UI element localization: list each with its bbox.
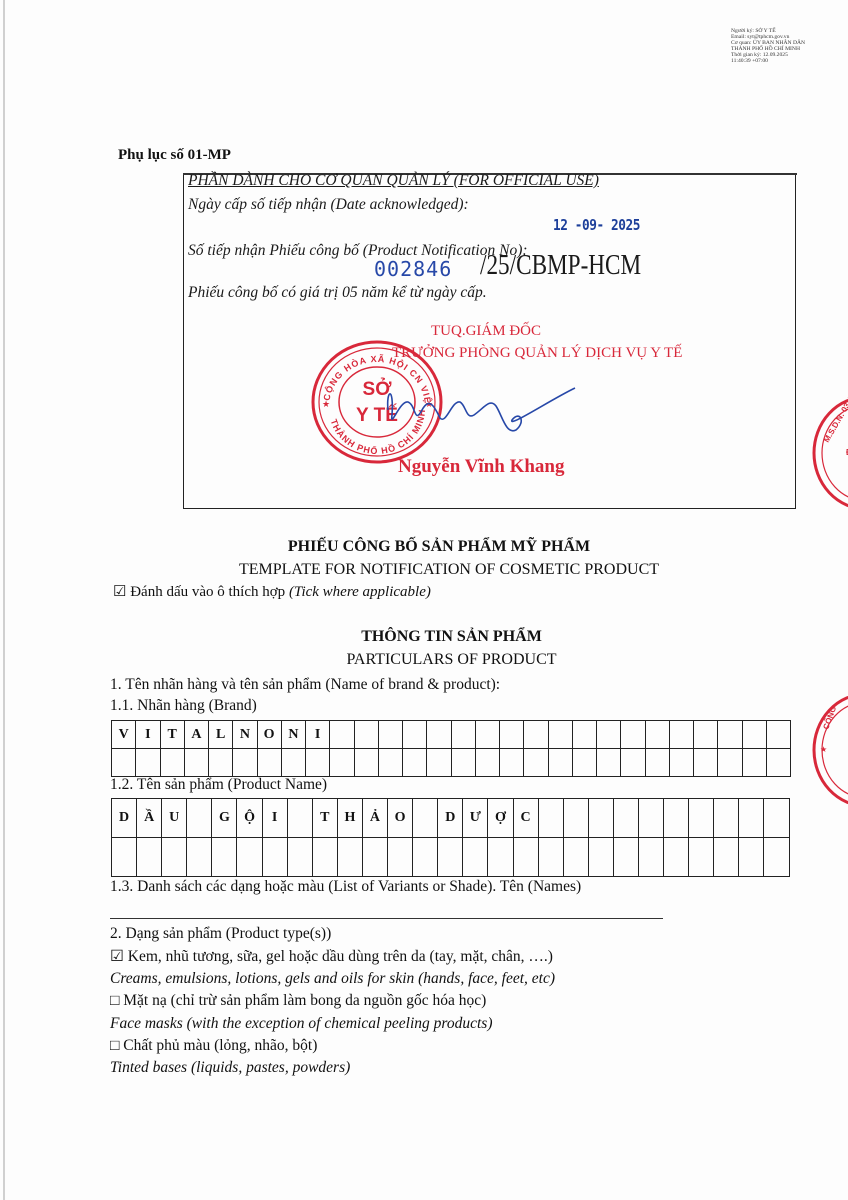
date-acknowledged-value: 12 -09- 2025	[553, 216, 640, 234]
product-type-option[interactable]: ☑ Kem, nhũ tương, sữa, gel hoặc dầu dùng…	[110, 947, 553, 966]
brand-grid-cell[interactable]: V	[112, 721, 136, 749]
checkbox-checked-icon[interactable]: ☑	[110, 948, 124, 965]
notification-number-label: Số tiếp nhận Phiếu công bố (Product Noti…	[188, 242, 528, 260]
question-1-3: 1.3. Danh sách các dạng hoặc màu (List o…	[110, 878, 581, 896]
brand-grid-cell[interactable]	[500, 749, 524, 777]
brand-grid-cell[interactable]	[306, 749, 330, 777]
checkbox-unchecked-icon[interactable]: □	[110, 992, 119, 1009]
product-grid-cell[interactable]: T	[312, 799, 337, 838]
brand-grid-cell[interactable]	[451, 721, 475, 749]
annex-label: Phụ lục số 01-MP	[118, 147, 231, 164]
brand-grid-cell[interactable]	[160, 749, 184, 777]
product-grid-cell[interactable]	[538, 838, 563, 877]
brand-grid-cell[interactable]: A	[184, 721, 208, 749]
variants-input-line[interactable]	[110, 918, 663, 919]
product-grid-cell[interactable]: O	[388, 799, 413, 838]
brand-grid-cell[interactable]	[233, 749, 257, 777]
product-grid-cell[interactable]: Ư	[463, 799, 488, 838]
brand-grid-cell[interactable]	[572, 749, 596, 777]
signer-department: TRƯỞNG PHÒNG QUẢN LÝ DỊCH VỤ Y TẾ	[392, 345, 682, 362]
tick-note-vn: Đánh dấu vào ô thích hợp	[130, 584, 285, 600]
brand-grid-cell[interactable]	[209, 749, 233, 777]
product-grid-cell[interactable]: H	[337, 799, 362, 838]
brand-grid-cell[interactable]: T	[160, 721, 184, 749]
tick-note: ☑ Đánh dấu vào ô thích hợp (Tick where a…	[113, 582, 431, 601]
product-grid-cell[interactable]	[162, 838, 187, 877]
product-type-option[interactable]: □ Chất phủ màu (lỏng, nhão, bột)	[110, 1037, 317, 1055]
brand-grid-cell[interactable]	[524, 749, 548, 777]
brand-grid-cell[interactable]	[354, 721, 378, 749]
product-grid-cell[interactable]	[739, 838, 764, 877]
product-grid-cell[interactable]	[287, 838, 312, 877]
brand-grid-cell[interactable]	[645, 749, 669, 777]
product-grid-row	[112, 838, 790, 877]
product-grid-cell[interactable]: U	[162, 799, 187, 838]
handwritten-signature-icon	[380, 380, 580, 440]
brand-grid-cell[interactable]	[572, 721, 596, 749]
product-grid-cell[interactable]	[237, 838, 262, 877]
product-grid-cell[interactable]	[664, 838, 689, 877]
product-grid-cell[interactable]	[764, 838, 789, 877]
product-type-label-vn: Mặt nạ (chỉ trừ sản phẩm làm bong da ngu…	[123, 992, 486, 1009]
product-grid-cell[interactable]	[488, 838, 513, 877]
svg-text:CÔNG: CÔNG	[821, 705, 838, 731]
brand-grid-cell[interactable]	[403, 749, 427, 777]
brand-grid-cell[interactable]: I	[136, 721, 160, 749]
product-grid-cell[interactable]	[187, 799, 212, 838]
notification-number-value: 002846	[374, 257, 452, 281]
brand-grid-cell[interactable]	[548, 721, 572, 749]
brand-grid-cell[interactable]	[427, 749, 451, 777]
brand-grid-cell[interactable]	[500, 721, 524, 749]
brand-grid-cell[interactable]	[548, 749, 572, 777]
question-1-1: 1.1. Nhãn hàng (Brand)	[110, 697, 257, 715]
product-name-grid: DẦUGỘITHẢODƯỢC	[111, 798, 790, 877]
product-grid-cell[interactable]	[438, 838, 463, 877]
brand-grid-cell[interactable]	[257, 749, 281, 777]
signer-title: TUQ.GIÁM ĐỐC	[431, 323, 541, 340]
product-grid-cell[interactable]	[262, 838, 287, 877]
product-grid-cell[interactable]	[689, 838, 714, 877]
brand-grid-cell[interactable]	[330, 749, 354, 777]
product-type-label-en: Creams, emulsions, lotions, gels and oil…	[110, 970, 555, 988]
brand-grid-cell[interactable]	[669, 721, 693, 749]
product-grid-cell[interactable]	[638, 799, 663, 838]
product-grid-cell[interactable]	[513, 838, 538, 877]
brand-grid-row: VITALNONI	[112, 721, 791, 749]
product-grid-cell[interactable]: D	[438, 799, 463, 838]
brand-grid-cell[interactable]: N	[233, 721, 257, 749]
brand-grid-cell[interactable]	[597, 749, 621, 777]
product-grid-cell[interactable]	[563, 838, 588, 877]
checkbox-unchecked-icon[interactable]: □	[110, 1037, 119, 1054]
brand-grid-cell[interactable]	[378, 749, 402, 777]
brand-grid-cell[interactable]	[742, 749, 766, 777]
product-grid-cell[interactable]	[112, 838, 137, 877]
product-type-option[interactable]: □ Mặt nạ (chỉ trừ sản phẩm làm bong da n…	[110, 992, 486, 1010]
product-grid-cell[interactable]	[714, 799, 739, 838]
brand-grid-cell[interactable]	[403, 721, 427, 749]
brand-grid-cell[interactable]	[524, 721, 548, 749]
section-title-en: PARTICULARS OF PRODUCT	[0, 651, 848, 669]
brand-grid-cell[interactable]	[694, 721, 718, 749]
brand-grid-cell[interactable]	[669, 749, 693, 777]
product-type-label-en: Tinted bases (liquids, pastes, powders)	[110, 1059, 350, 1077]
product-grid-cell[interactable]	[664, 799, 689, 838]
checkbox-checked-icon: ☑	[113, 584, 126, 600]
product-grid-cell[interactable]	[137, 838, 162, 877]
brand-grid-cell[interactable]	[742, 721, 766, 749]
product-grid-cell[interactable]	[563, 799, 588, 838]
product-grid-cell[interactable]	[714, 838, 739, 877]
product-grid-cell[interactable]	[638, 838, 663, 877]
product-grid-cell[interactable]: C	[513, 799, 538, 838]
date-acknowledged-label: Ngày cấp số tiếp nhận (Date acknowledged…	[188, 196, 469, 214]
notification-number-suffix: /25/CBMP-HCM	[480, 249, 641, 282]
brand-grid-cell[interactable]	[597, 721, 621, 749]
product-grid-cell[interactable]: I	[262, 799, 287, 838]
product-grid-cell[interactable]	[613, 799, 638, 838]
brand-grid-cell[interactable]: L	[209, 721, 233, 749]
product-grid-cell[interactable]	[312, 838, 337, 877]
product-grid-cell[interactable]: Ợ	[488, 799, 513, 838]
brand-grid-cell[interactable]	[112, 749, 136, 777]
product-grid-cell[interactable]	[764, 799, 789, 838]
brand-grid-cell[interactable]	[451, 749, 475, 777]
product-grid-cell[interactable]: D	[112, 799, 137, 838]
scan-edge	[3, 0, 5, 1200]
product-grid-cell[interactable]: Ầ	[137, 799, 162, 838]
brand-grid-cell[interactable]	[184, 749, 208, 777]
digital-signature-info: Người ký: SỞ Y TẾ Email: syt@tphcm.gov.v…	[731, 28, 805, 65]
company-seal-icon: M.S.D.N: 0317 ĐẦU	[808, 393, 848, 513]
question-1: 1. Tên nhãn hàng và tên sản phẩm (Name o…	[110, 676, 500, 694]
product-grid-cell[interactable]	[337, 838, 362, 877]
product-grid-cell[interactable]: G	[212, 799, 237, 838]
svg-text:★: ★	[820, 745, 827, 754]
brand-grid-cell[interactable]	[621, 721, 645, 749]
brand-grid-cell[interactable]	[718, 749, 742, 777]
brand-grid-cell[interactable]	[718, 721, 742, 749]
brand-grid-cell[interactable]	[475, 721, 499, 749]
form-title-en: TEMPLATE FOR NOTIFICATION OF COSMETIC PR…	[0, 561, 848, 579]
brand-grid-cell[interactable]	[378, 721, 402, 749]
brand-grid-cell[interactable]	[427, 721, 451, 749]
question-2: 2. Dạng sản phẩm (Product type(s))	[110, 925, 331, 943]
brand-grid-cell[interactable]: O	[257, 721, 281, 749]
brand-grid-cell[interactable]	[694, 749, 718, 777]
brand-grid-cell[interactable]	[136, 749, 160, 777]
brand-grid-cell[interactable]: N	[281, 721, 305, 749]
brand-grid-cell[interactable]	[330, 721, 354, 749]
product-grid-cell[interactable]	[187, 838, 212, 877]
brand-grid-row	[112, 749, 791, 777]
product-grid-cell[interactable]: Ả	[362, 799, 387, 838]
product-type-label-vn: Chất phủ màu (lỏng, nhão, bột)	[123, 1037, 317, 1054]
brand-grid-cell[interactable]	[766, 721, 790, 749]
sig-line: 11:40:39 +07:00	[731, 58, 805, 64]
brand-grid-cell[interactable]	[281, 749, 305, 777]
official-use-title: PHẦN DÀNH CHO CƠ QUAN QUẢN LÝ (FOR OFFIC…	[188, 172, 599, 190]
tick-note-en: (Tick where applicable)	[289, 584, 431, 600]
svg-text:★: ★	[322, 399, 330, 409]
product-grid-cell[interactable]	[613, 838, 638, 877]
product-grid-row: DẦUGỘITHẢODƯỢC	[112, 799, 790, 838]
product-type-label-vn: Kem, nhũ tương, sữa, gel hoặc dầu dùng t…	[128, 948, 553, 965]
product-grid-cell[interactable]	[362, 838, 387, 877]
product-grid-cell[interactable]	[287, 799, 312, 838]
brand-grid-cell[interactable]	[475, 749, 499, 777]
product-grid-cell[interactable]	[739, 799, 764, 838]
product-grid-cell[interactable]	[388, 838, 413, 877]
signer-name: Nguyễn Vĩnh Khang	[398, 456, 565, 478]
brand-grid-cell[interactable]	[354, 749, 378, 777]
form-title-vn: PHIẾU CÔNG BỐ SẢN PHẨM MỸ PHẨM	[0, 538, 848, 556]
brand-grid-cell[interactable]	[766, 749, 790, 777]
section-title-vn: THÔNG TIN SẢN PHẨM	[0, 628, 848, 646]
product-grid-cell[interactable]	[463, 838, 488, 877]
brand-grid-cell[interactable]	[645, 721, 669, 749]
brand-grid-cell[interactable]: I	[306, 721, 330, 749]
product-grid-cell[interactable]	[689, 799, 714, 838]
product-type-label-en: Face masks (with the exception of chemic…	[110, 1015, 493, 1033]
product-grid-cell[interactable]	[538, 799, 563, 838]
company-seal-icon: CÔNG ★	[808, 690, 848, 810]
product-grid-cell[interactable]	[588, 799, 613, 838]
product-grid-cell[interactable]	[413, 799, 438, 838]
product-grid-cell[interactable]	[413, 838, 438, 877]
brand-grid-cell[interactable]	[621, 749, 645, 777]
question-1-2: 1.2. Tên sản phẩm (Product Name)	[110, 776, 327, 794]
product-grid-cell[interactable]: Ộ	[237, 799, 262, 838]
validity-note: Phiếu công bố có giá trị 05 năm kể từ ng…	[188, 284, 487, 302]
product-grid-cell[interactable]	[588, 838, 613, 877]
product-grid-cell[interactable]	[212, 838, 237, 877]
brand-grid: VITALNONI	[111, 720, 791, 777]
